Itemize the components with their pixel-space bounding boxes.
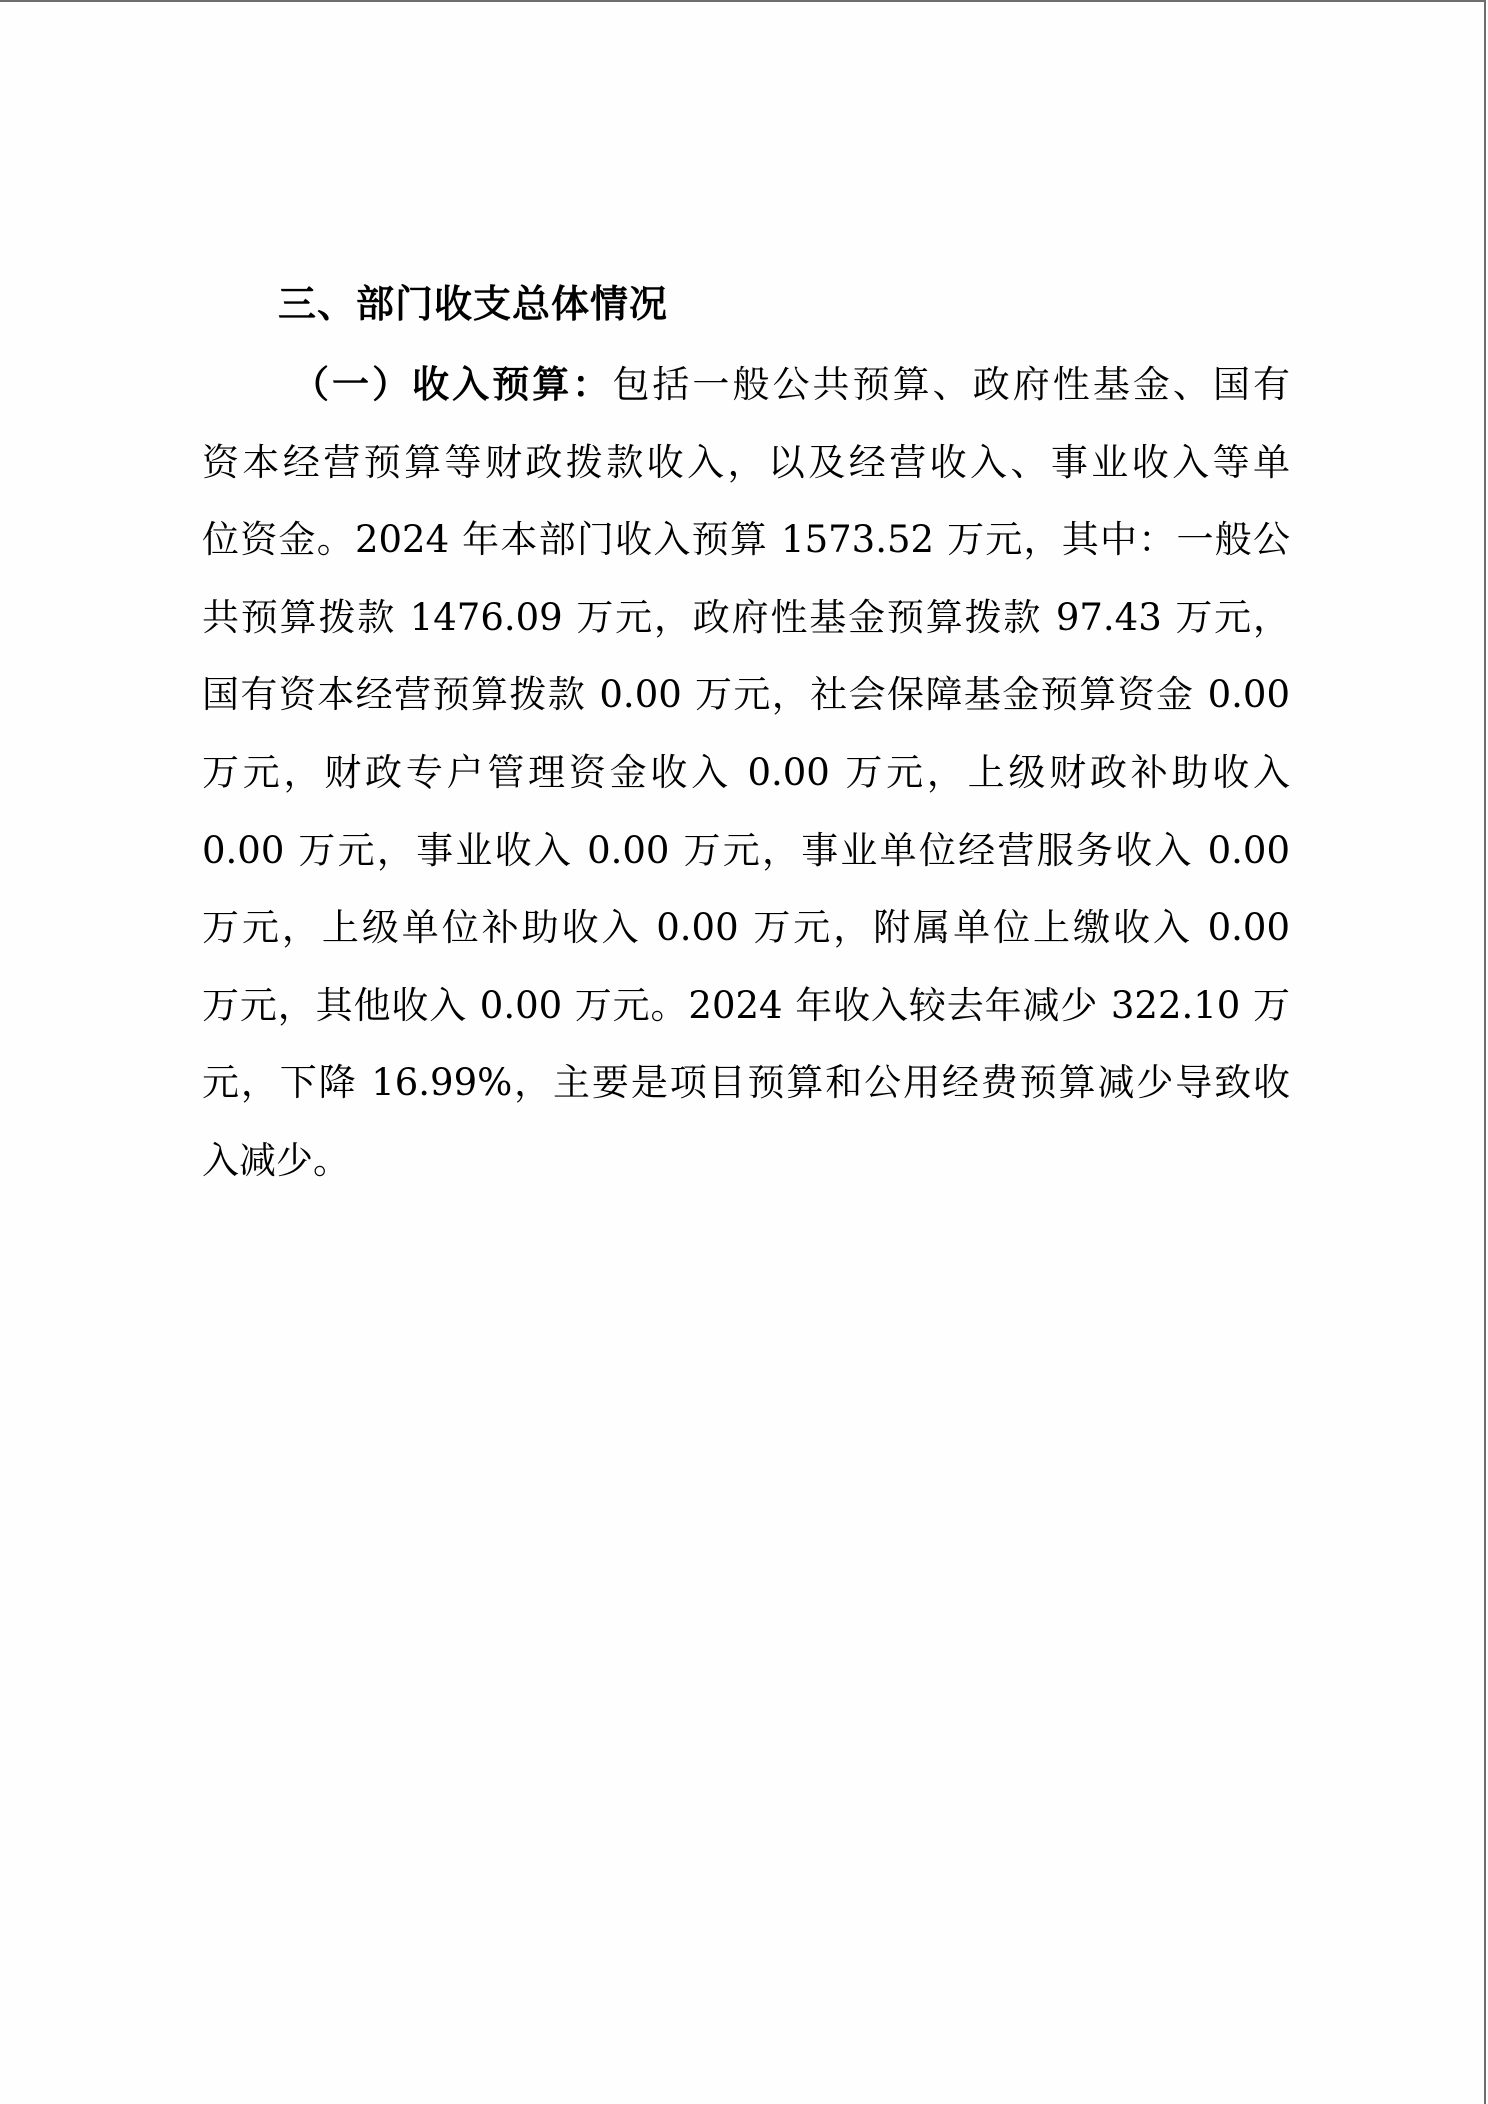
paragraph-line: 0.00 万元，事业收入 0.00 万元，事业单位经营服务收入 0.00: [202, 826, 1290, 904]
document-page: 三、部门收支总体情况 （一）收入预算：包括一般公共预算、政府性基金、国有 资本经…: [0, 0, 1486, 2104]
paragraph-line: 元，下降 16.99%，主要是项目预算和公用经费预算减少导致收: [202, 1058, 1290, 1136]
line-text: 万元，上级单位补助收入 0.00 万元，附属单位上缴收入 0.00: [202, 903, 1290, 981]
line-text: 入减少。: [202, 1136, 1290, 1214]
paragraph-line: 入减少。: [202, 1136, 1290, 1214]
section-heading: 三、部门收支总体情况: [278, 278, 668, 330]
subsection-lead: （一）收入预算：: [292, 363, 612, 406]
income-budget-paragraph: （一）收入预算：包括一般公共预算、政府性基金、国有 资本经营预算等财政拨款收入，…: [202, 360, 1290, 1214]
line-text: 包括一般公共预算、政府性基金、国有: [612, 363, 1290, 406]
line-text: 万元，财政专户管理资金收入 0.00 万元，上级财政补助收入: [202, 748, 1290, 826]
paragraph-line: 万元，其他收入 0.00 万元。2024 年收入较去年减少 322.10 万: [202, 981, 1290, 1059]
line-text: 资本经营预算等财政拨款收入，以及经营收入、事业收入等单: [202, 438, 1290, 516]
paragraph-line: 位资金。2024 年本部门收入预算 1573.52 万元，其中：一般公: [202, 515, 1290, 593]
line-text: 国有资本经营预算拨款 0.00 万元，社会保障基金预算资金 0.00: [202, 670, 1290, 748]
paragraph-line: 国有资本经营预算拨款 0.00 万元，社会保障基金预算资金 0.00: [202, 670, 1290, 748]
paragraph-line: 资本经营预算等财政拨款收入，以及经营收入、事业收入等单: [202, 438, 1290, 516]
line-text: 0.00 万元，事业收入 0.00 万元，事业单位经营服务收入 0.00: [202, 826, 1290, 904]
paragraph-line: 共预算拨款 1476.09 万元，政府性基金预算拨款 97.43 万元，: [202, 593, 1290, 671]
line-text: 元，下降 16.99%，主要是项目预算和公用经费预算减少导致收: [202, 1058, 1290, 1136]
line-text: 万元，其他收入 0.00 万元。2024 年收入较去年减少 322.10 万: [202, 981, 1290, 1059]
paragraph-line: 万元，财政专户管理资金收入 0.00 万元，上级财政补助收入: [202, 748, 1290, 826]
paragraph-line: 万元，上级单位补助收入 0.00 万元，附属单位上缴收入 0.00: [202, 903, 1290, 981]
line-text: 共预算拨款 1476.09 万元，政府性基金预算拨款 97.43 万元，: [202, 593, 1290, 671]
line-text: 位资金。2024 年本部门收入预算 1573.52 万元，其中：一般公: [202, 515, 1290, 593]
paragraph-line: （一）收入预算：包括一般公共预算、政府性基金、国有: [202, 360, 1290, 438]
